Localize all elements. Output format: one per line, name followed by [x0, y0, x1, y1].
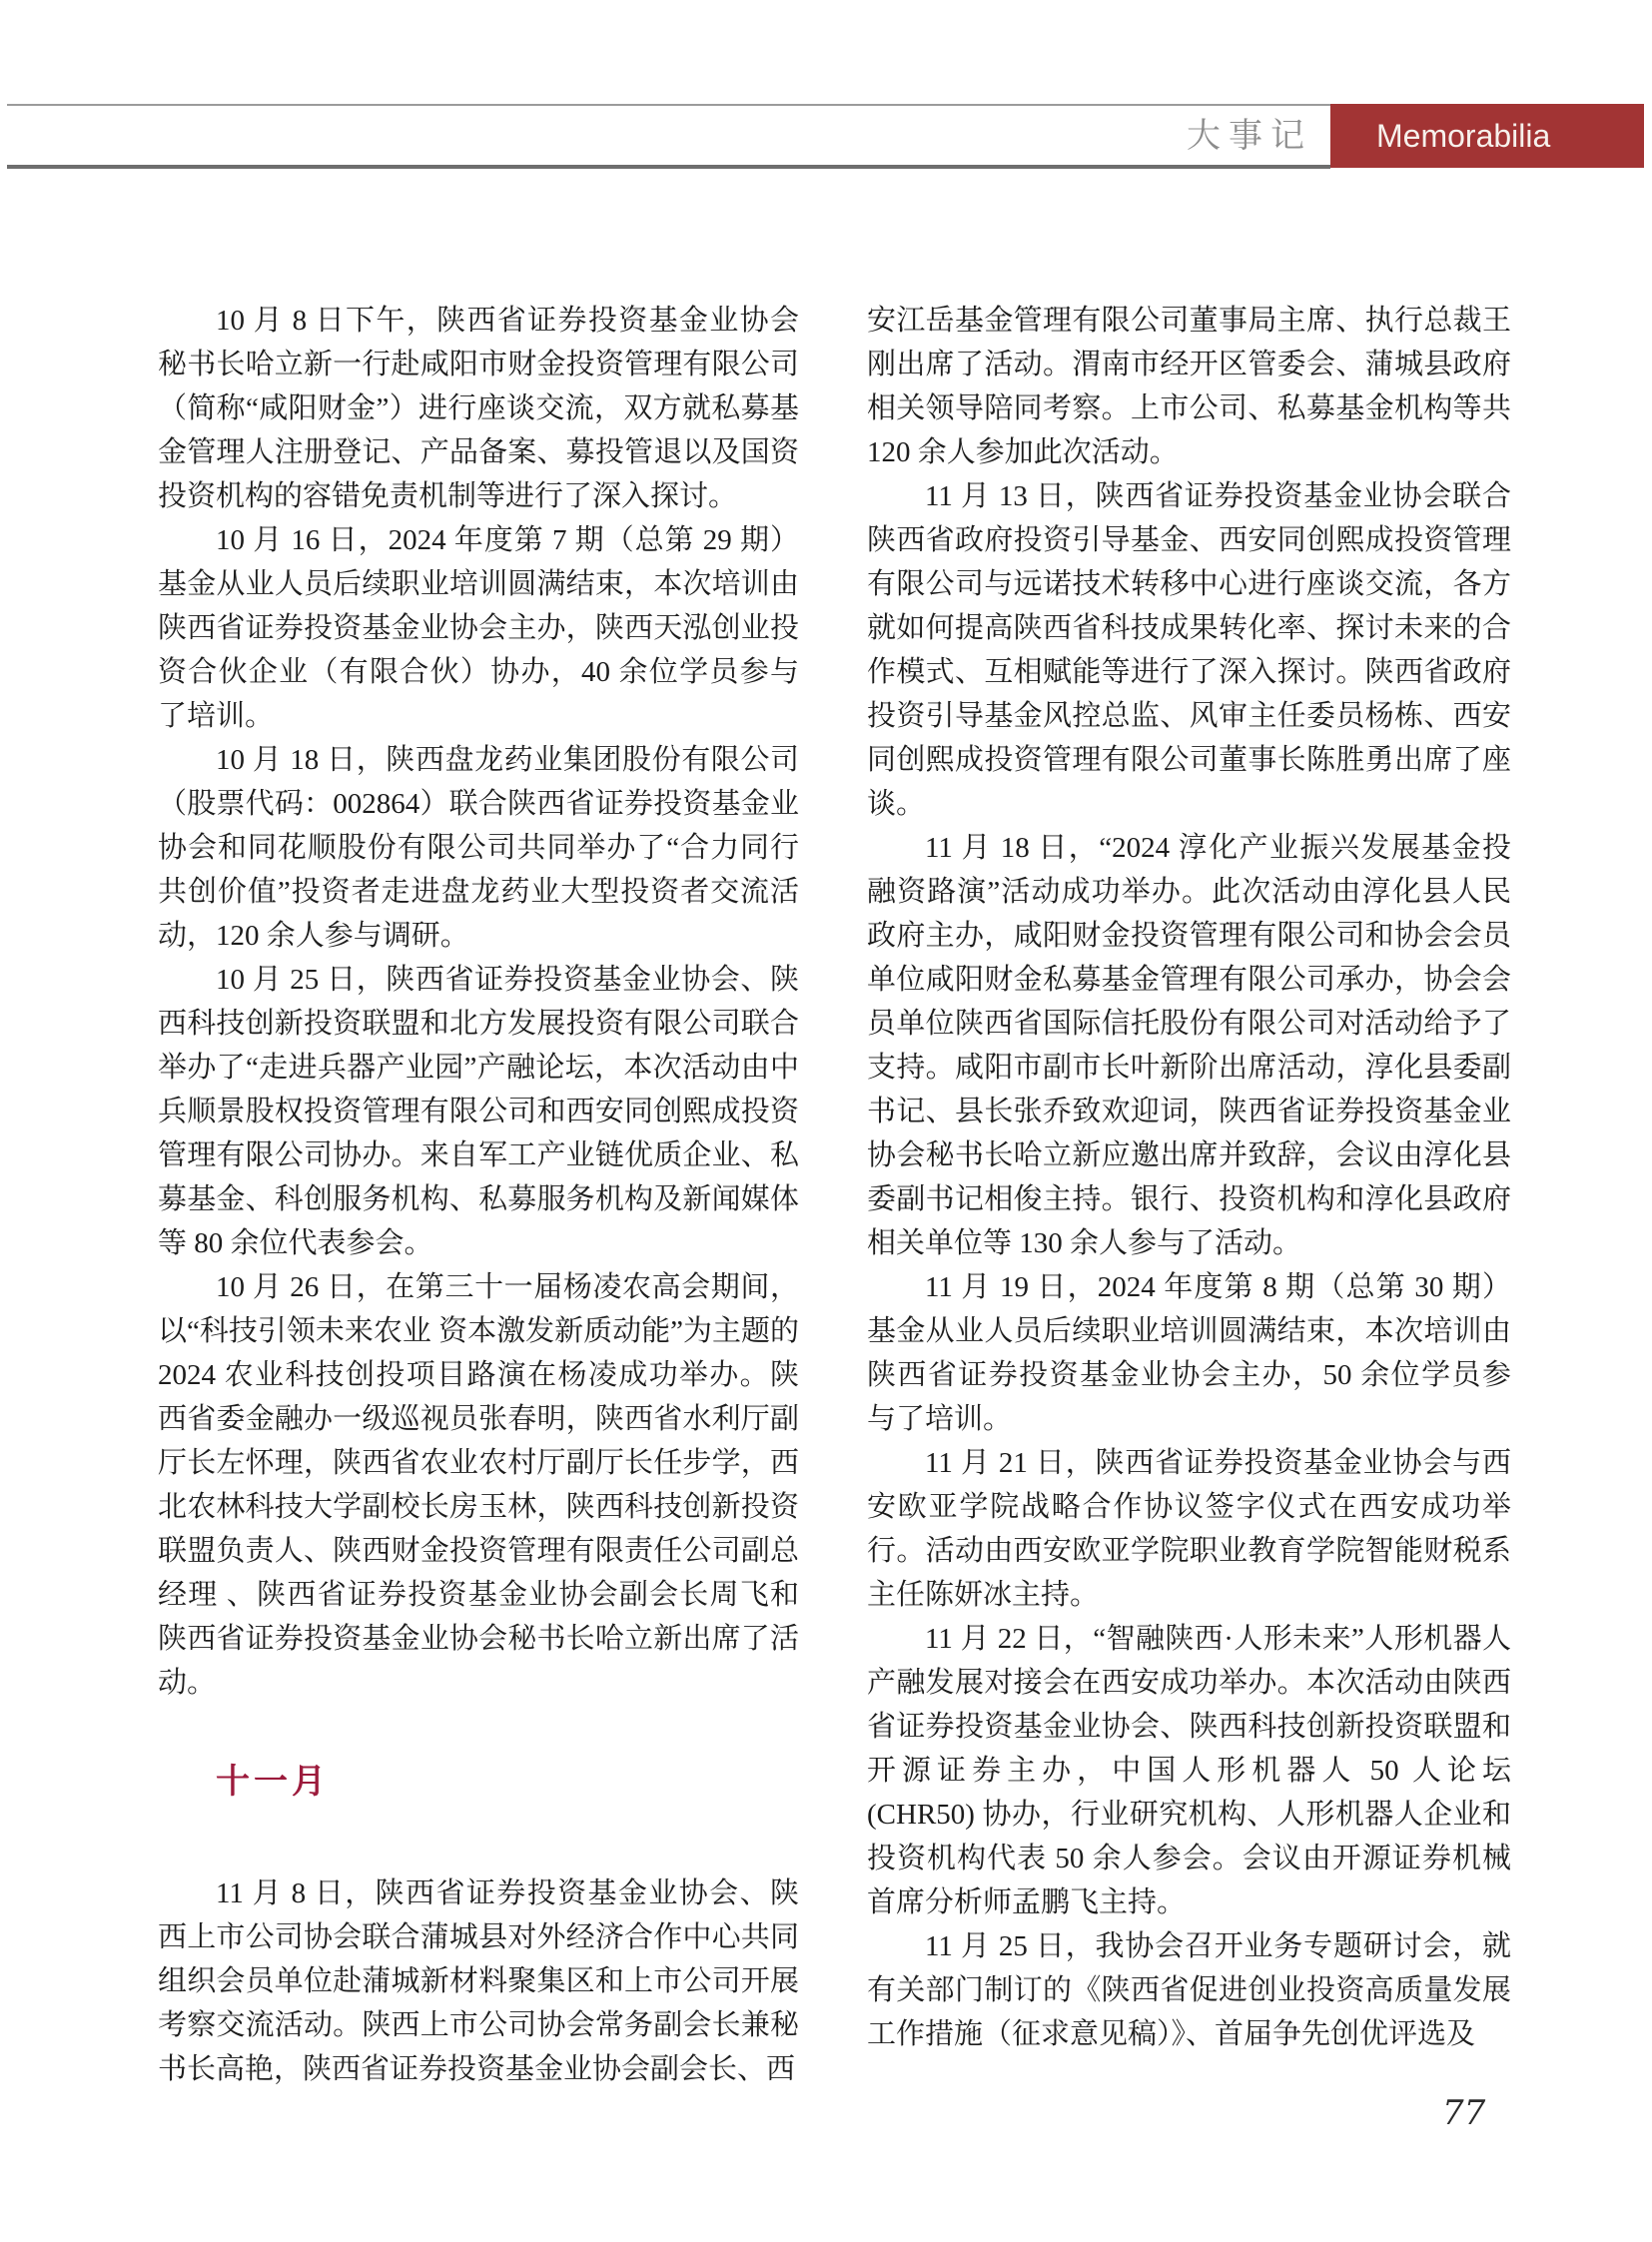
left-text-column: 10 月 8 日下午，陕西省证券投资基金业协会秘书长哈立新一行赴咸阳市财金投资管… — [158, 299, 799, 2091]
paragraph: 11 月 25 日，我协会召开业务专题研讨会，就有关部门制订的《陕西省促进创业投… — [867, 1924, 1511, 2056]
paragraph: 11 月 19 日，2024 年度第 8 期（总第 30 期）基金从业人员后续职… — [867, 1265, 1511, 1441]
document-page: 大事记 Memorabilia 10 月 8 日下午，陕西省证券投资基金业协会秘… — [0, 0, 1652, 2242]
page-title-chinese: 大事记 — [1187, 104, 1312, 166]
paragraph: 10 月 16 日，2024 年度第 7 期（总第 29 期）基金从业人员后续职… — [158, 518, 799, 738]
section-heading-november: 十一月 — [158, 1762, 799, 1804]
paragraph: 11 月 13 日，陕西省证券投资基金业协会联合陕西省政府投资引导基金、西安同创… — [867, 474, 1511, 826]
right-text-column: 安江岳基金管理有限公司董事局主席、执行总裁王刚出席了活动。渭南市经开区管委会、蒲… — [867, 299, 1511, 2056]
page-number: 77 — [1442, 2093, 1485, 2133]
header-top-rule — [7, 104, 1330, 106]
paragraph: 11 月 21 日，陕西省证券投资基金业协会与西安欧亚学院战略合作协议签字仪式在… — [867, 1441, 1511, 1617]
header-red-band: Memorabilia — [1330, 104, 1644, 168]
paragraph: 11 月 18 日，“2024 淳化产业振兴发展基金投融资路演”活动成功举办。此… — [867, 826, 1511, 1265]
paragraph: 10 月 18 日，陕西盘龙药业集团股份有限公司（股票代码：002864）联合陕… — [158, 738, 799, 958]
paragraph: 11 月 8 日，陕西省证券投资基金业协会、陕西上市公司协会联合蒲城县对外经济合… — [158, 1871, 799, 2091]
paragraph: 10 月 8 日下午，陕西省证券投资基金业协会秘书长哈立新一行赴咸阳市财金投资管… — [158, 299, 799, 518]
paragraph-continuation: 安江岳基金管理有限公司董事局主席、执行总裁王刚出席了活动。渭南市经开区管委会、蒲… — [867, 299, 1511, 474]
paragraph: 10 月 25 日，陕西省证券投资基金业协会、陕西科技创新投资联盟和北方发展投资… — [158, 958, 799, 1265]
header-bottom-rule — [7, 165, 1330, 169]
paragraph: 10 月 26 日，在第三十一届杨凌农高会期间，以“科技引领未来农业 资本激发新… — [158, 1265, 799, 1705]
page-title-english: Memorabilia — [1330, 104, 1644, 168]
paragraph: 11 月 22 日，“智融陕西·人形未来”人形机器人产融发展对接会在西安成功举办… — [867, 1617, 1511, 1924]
